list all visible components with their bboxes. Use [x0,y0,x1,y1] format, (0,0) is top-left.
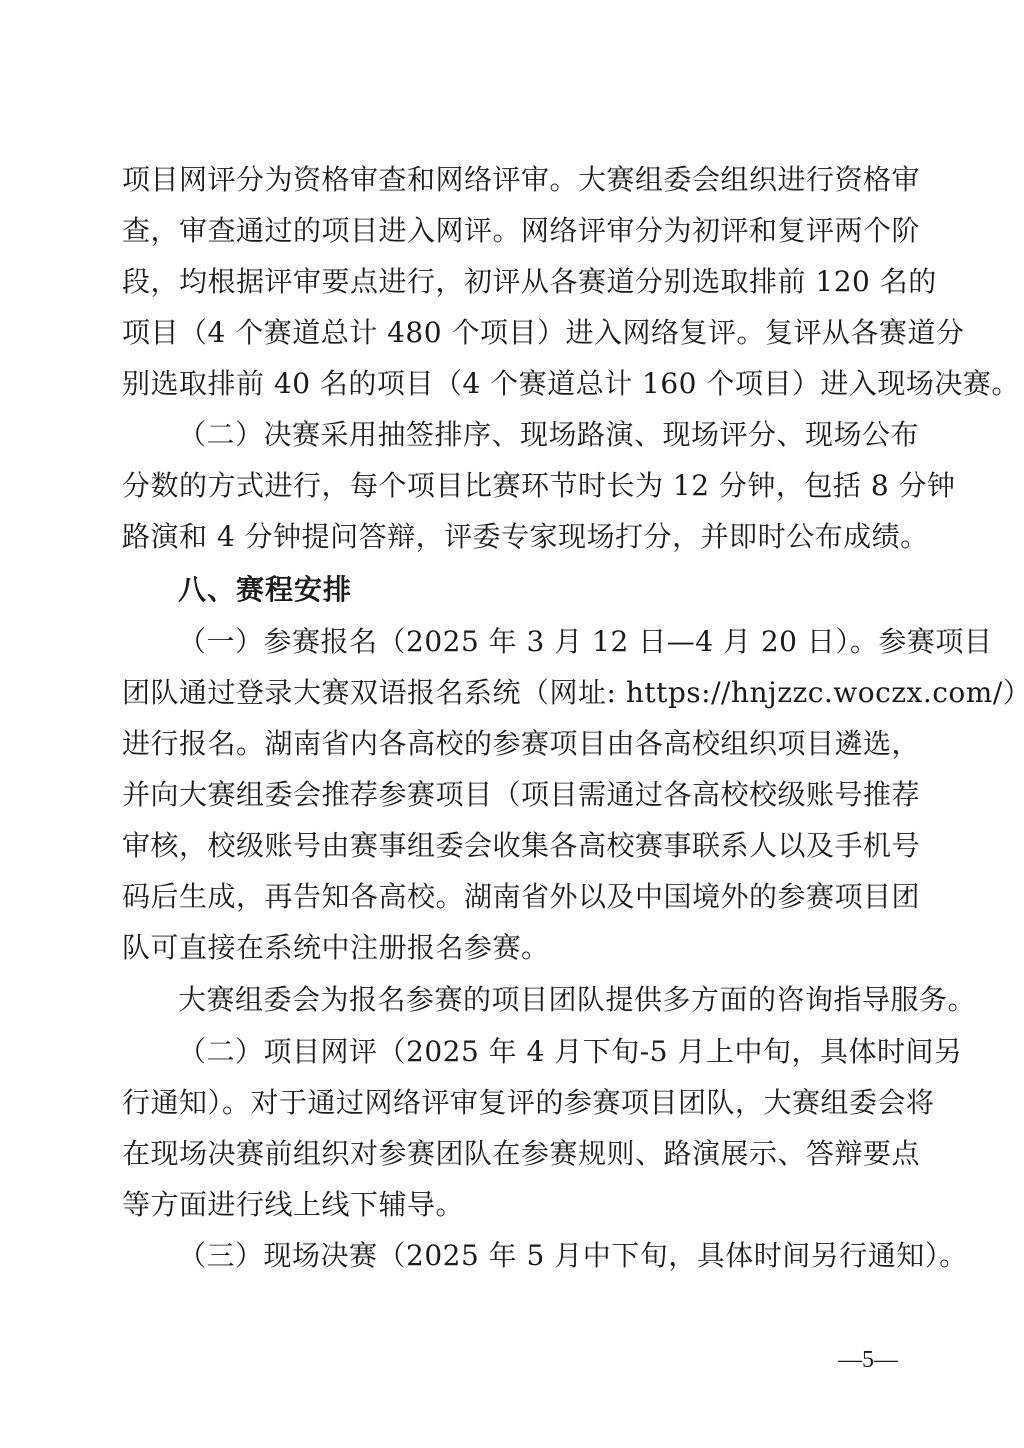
document-page: 项目网评分为资格审查和网络评审。大赛组委会组织进行资格审 查，审查通过的项目进入… [0,0,1024,1448]
body-text-line: 进行报名。湖南省内各高校的参赛项目由各高校组织项目遴选， [122,726,902,762]
paragraph-start-line: （一）参赛报名（2025 年 3 月 12 日—4 月 20 日）。参赛项目 [178,624,902,660]
body-text-line: 查，审查通过的项目进入网评。网络评审分为初评和复评两个阶 [122,213,902,249]
body-text-line: 行通知）。对于通过网络评审复评的参赛项目团队，大赛组委会将 [122,1085,902,1121]
page-number: —5— [838,1347,898,1374]
body-text-line: 在现场决赛前组织对参赛团队在参赛规则、路演展示、答辩要点 [122,1136,902,1172]
body-text-line: 项目网评分为资格审查和网络评审。大赛组委会组织进行资格审 [122,162,902,198]
body-text-line: 别选取排前 40 名的项目（4 个赛道总计 160 个项目）进入现场决赛。 [122,366,902,402]
body-text-line: 路演和 4 分钟提问答辩，评委专家现场打分，并即时公布成绩。 [122,519,902,555]
body-text-line: 队可直接在系统中注册报名参赛。 [122,930,902,966]
body-text-line: 审核，校级账号由赛事组委会收集各高校赛事联系人以及手机号 [122,828,902,864]
body-text-line-with-url: 团队通过登录大赛双语报名系统（网址: https://hnjzzc.woczx.… [122,675,902,711]
body-text-line: 分数的方式进行，每个项目比赛环节时长为 12 分钟，包括 8 分钟 [122,468,902,504]
body-text-line: 项目（4 个赛道总计 480 个项目）进入网络复评。复评从各赛道分 [122,315,902,351]
paragraph-start-line: 大赛组委会为报名参赛的项目团队提供多方面的咨询指导服务。 [178,982,902,1018]
body-text-line: 等方面进行线上线下辅导。 [122,1187,902,1223]
paragraph-start-line: （二）项目网评（2025 年 4 月下旬-5 月上中旬，具体时间另 [178,1034,902,1070]
paragraph-start-line: （二）决赛采用抽签排序、现场路演、现场评分、现场公布 [178,417,902,453]
body-text-line: 段，均根据评审要点进行，初评从各赛道分别选取排前 120 名的 [122,264,902,300]
paragraph-start-line: （三）现场决赛（2025 年 5 月中下旬，具体时间另行通知）。 [178,1238,902,1274]
body-text-line: 码后生成，再告知各高校。湖南省外以及中国境外的参赛项目团 [122,879,902,915]
section-heading: 八、赛程安排 [178,572,902,608]
body-text-line: 并向大赛组委会推荐参赛项目（项目需通过各高校校级账号推荐 [122,777,902,813]
